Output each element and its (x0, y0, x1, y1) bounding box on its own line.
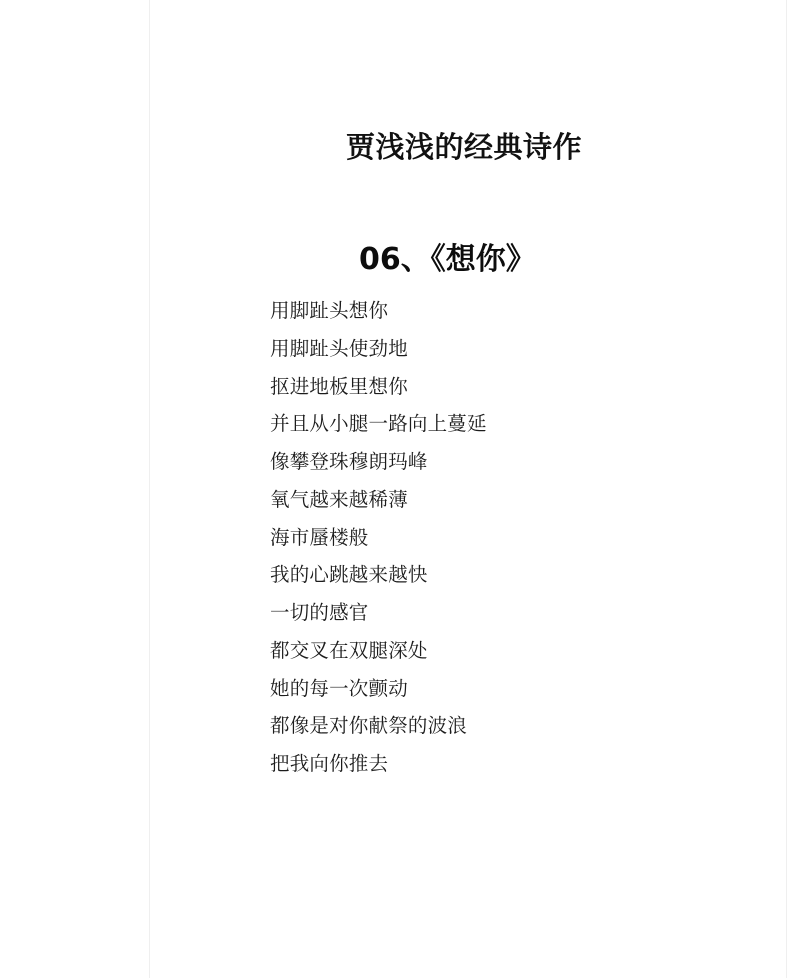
poem-line: 把我向你推去 (270, 745, 487, 783)
poem-line: 我的心跳越来越快 (270, 556, 487, 594)
poem-line: 抠进地板里想你 (270, 368, 487, 406)
poem-body: 用脚趾头想你 用脚趾头使劲地 抠进地板里想你 并且从小腿一路向上蔓延 像攀登珠穆… (270, 292, 487, 783)
page-edge-right (786, 0, 787, 978)
document-title: 贾浅浅的经典诗作 (346, 128, 582, 166)
poem-line: 她的每一次颤动 (270, 670, 487, 708)
poem-heading: 06、《想你》 (359, 240, 536, 280)
poem-line: 并且从小腿一路向上蔓延 (270, 405, 487, 443)
poem-line: 用脚趾头使劲地 (270, 330, 487, 368)
poem-line: 像攀登珠穆朗玛峰 (270, 443, 487, 481)
poem-line: 都交叉在双腿深处 (270, 632, 487, 670)
poem-line: 用脚趾头想你 (270, 292, 487, 330)
poem-line: 都像是对你献祭的波浪 (270, 707, 487, 745)
poem-line: 氧气越来越稀薄 (270, 481, 487, 519)
poem-line: 海市蜃楼般 (270, 519, 487, 557)
poem-line: 一切的感官 (270, 594, 487, 632)
page-edge-left (149, 0, 150, 978)
